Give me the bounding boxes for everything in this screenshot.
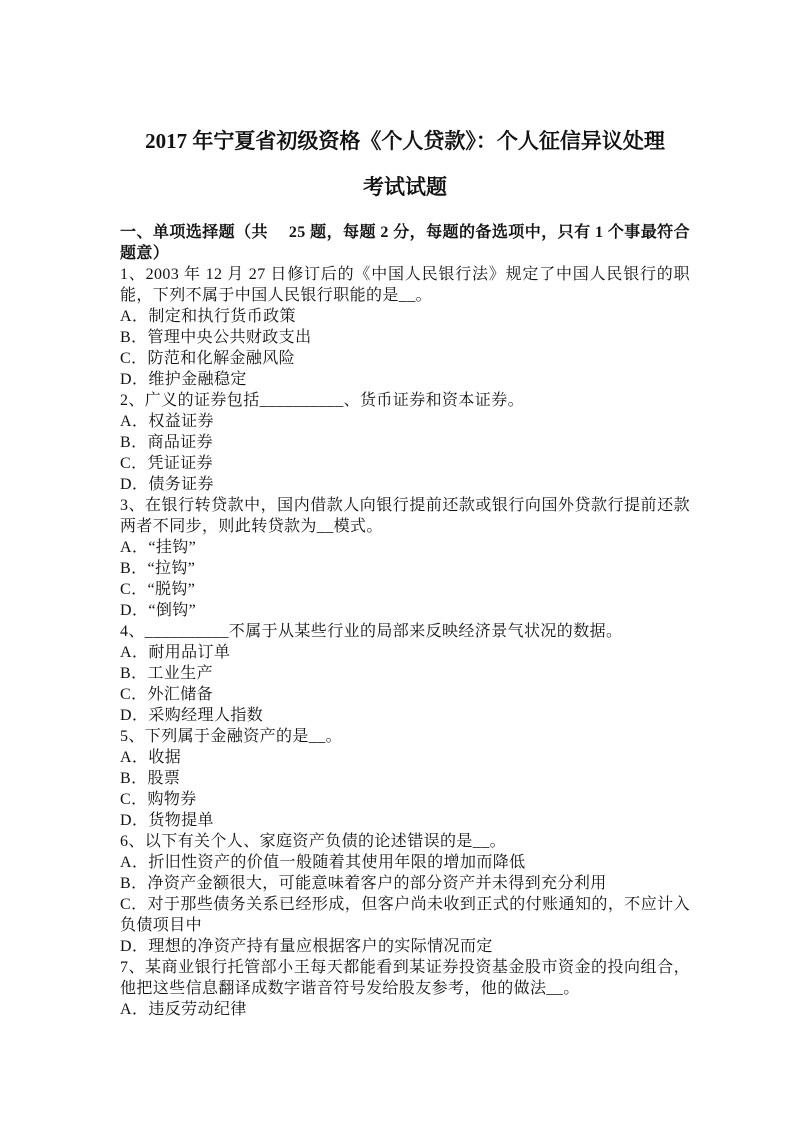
- question-text: 5、下列属于金融资产的是__。: [120, 726, 690, 747]
- question-text: 1、2003 年 12 月 27 日修订后的《中国人民银行法》规定了中国人民银行…: [120, 264, 690, 306]
- document-title: 2017 年宁夏省初级资格《个人贷款》：个人征信异议处理 考试试题: [120, 118, 690, 210]
- option-text: B．管理中央公共财政支出: [120, 327, 690, 348]
- option-text: C．凭证证券: [120, 453, 690, 474]
- option-text: A．收据: [120, 747, 690, 768]
- question-text: 6、以下有关个人、家庭资产负债的论述错误的是__。: [120, 831, 690, 852]
- option-text: D．货物提单: [120, 810, 690, 831]
- document-page: 2017 年宁夏省初级资格《个人贷款》：个人征信异议处理 考试试题 一、单项选择…: [0, 0, 800, 1132]
- question-text: 7、某商业银行托管部小王每天都能看到某证券投资基金股市资金的投向组合，他把这些信…: [120, 957, 690, 999]
- question-text: 3、在银行转贷款中，国内借款人向银行提前还款或银行向国外贷款行提前还款两者不同步…: [120, 495, 690, 537]
- option-text: D．理想的净资产持有量应根据客户的实际情况而定: [120, 936, 690, 957]
- question-text: 4、__________不属于从某些行业的局部来反映经济景气状况的数据。: [120, 621, 690, 642]
- option-text: B．净资产金额很大，可能意味着客户的部分资产并未得到充分利用: [120, 873, 690, 894]
- option-text: B．商品证券: [120, 432, 690, 453]
- option-text: D．“倒钩”: [120, 600, 690, 621]
- option-text: C．“脱钩”: [120, 579, 690, 600]
- option-text: A．耐用品订单: [120, 642, 690, 663]
- section-header: 一、单项选择题（共 25 题，每题 2 分，每题的备选项中，只有 1 个事最符合…: [120, 222, 690, 264]
- option-text: B．工业生产: [120, 663, 690, 684]
- option-text: A．折旧性资产的价值一般随着其使用年限的增加而降低: [120, 852, 690, 873]
- option-text: B．“拉钩”: [120, 558, 690, 579]
- option-text: A．“挂钩”: [120, 537, 690, 558]
- option-text: C．购物券: [120, 789, 690, 810]
- option-text: D．采购经理人指数: [120, 705, 690, 726]
- option-text: A．违反劳动纪律: [120, 999, 690, 1020]
- option-text: C．对于那些债务关系已经形成，但客户尚未收到正式的付账通知的，不应计入负债项目中: [120, 894, 690, 936]
- option-text: A．权益证券: [120, 411, 690, 432]
- option-text: D．维护金融稳定: [120, 369, 690, 390]
- title-line-1: 2017 年宁夏省初级资格《个人贷款》：个人征信异议处理: [120, 118, 690, 164]
- option-text: C．外汇储备: [120, 684, 690, 705]
- option-text: B．股票: [120, 768, 690, 789]
- question-list: 1、2003 年 12 月 27 日修订后的《中国人民银行法》规定了中国人民银行…: [120, 264, 690, 1020]
- option-text: C．防范和化解金融风险: [120, 348, 690, 369]
- question-text: 2、广义的证券包括__________、货币证券和资本证券。: [120, 390, 690, 411]
- title-line-2: 考试试题: [120, 164, 690, 210]
- option-text: D．债务证券: [120, 474, 690, 495]
- option-text: A．制定和执行货币政策: [120, 306, 690, 327]
